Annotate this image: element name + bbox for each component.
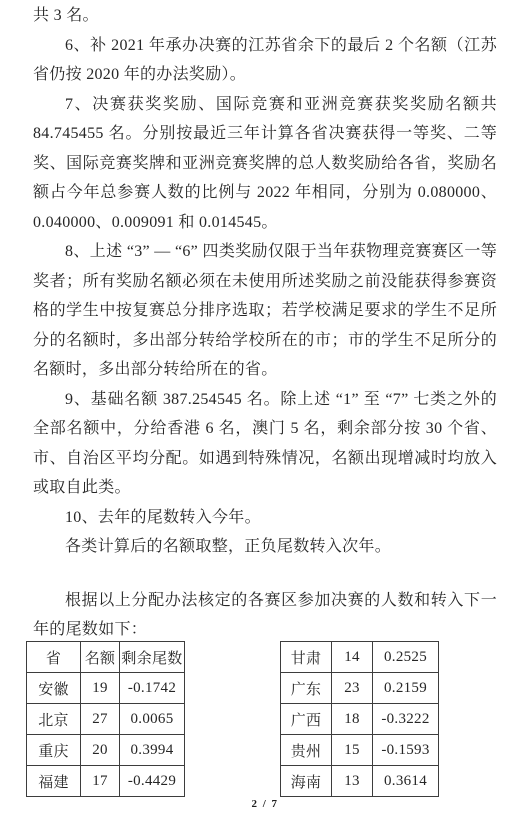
table-row: 重庆 20 0.3994: [27, 735, 185, 766]
table-cell-remainder: 0.2525: [373, 642, 439, 673]
paragraph-continuation: 共 3 名。: [33, 1, 497, 31]
table-cell-remainder: -0.4429: [120, 766, 185, 797]
paragraph-item-6: 6、补 2021 年承办决赛的江苏省余下的最后 2 个名额（江苏省仍按 2020…: [33, 31, 497, 90]
table-cell-province: 重庆: [27, 735, 81, 766]
table-cell-province: 广东: [281, 673, 332, 704]
table-header-row: 省 名额 剩余尾数: [27, 642, 185, 673]
paragraph-item-7: 7、决赛获奖奖励、国际竞赛和亚洲竞赛获奖奖励名额共 84.745455 名。分别…: [33, 90, 497, 238]
table-cell-remainder: 0.3614: [373, 766, 439, 797]
table-cell-province: 甘肃: [281, 642, 332, 673]
table-cell-province: 广西: [281, 704, 332, 735]
table-cell-remainder: 0.0065: [120, 704, 185, 735]
table-row: 福建 17 -0.4429: [27, 766, 185, 797]
province-quota-table-right: 甘肃 14 0.2525 广东 23 0.2159 广西 18 -0.3222 …: [280, 641, 439, 797]
table-cell-quota: 13: [332, 766, 373, 797]
document-body: 共 3 名。 6、补 2021 年承办决赛的江苏省余下的最后 2 个名额（江苏省…: [33, 1, 497, 645]
table-cell-quota: 27: [81, 704, 120, 735]
paragraph-item-8: 8、上述 “3” — “6” 四类奖励仅限于当年获物理竞赛赛区一等奖者；所有奖励…: [33, 237, 497, 385]
table-cell-remainder: -0.1742: [120, 673, 185, 704]
header-cell-province: 省: [27, 642, 81, 673]
table-row: 安徽 19 -0.1742: [27, 673, 185, 704]
table-row: 北京 27 0.0065: [27, 704, 185, 735]
table-cell-quota: 23: [332, 673, 373, 704]
table-cell-province: 福建: [27, 766, 81, 797]
table-cell-province: 安徽: [27, 673, 81, 704]
table-cell-quota: 14: [332, 642, 373, 673]
header-cell-remainder: 剩余尾数: [120, 642, 185, 673]
table-cell-quota: 20: [81, 735, 120, 766]
table-row: 广东 23 0.2159: [281, 673, 439, 704]
paragraph-rounding-note: 各类计算后的名额取整，正负尾数转入次年。: [33, 532, 497, 562]
table-cell-quota: 19: [81, 673, 120, 704]
table-row: 海南 13 0.3614: [281, 766, 439, 797]
table-cell-quota: 18: [332, 704, 373, 735]
table-cell-remainder: 0.3994: [120, 735, 185, 766]
table-row: 贵州 15 -0.1593: [281, 735, 439, 766]
table-cell-province: 贵州: [281, 735, 332, 766]
document-page: 共 3 名。 6、补 2021 年承办决赛的江苏省余下的最后 2 个名额（江苏省…: [0, 0, 530, 828]
table-cell-quota: 17: [81, 766, 120, 797]
table-cell-quota: 15: [332, 735, 373, 766]
province-quota-table-left: 省 名额 剩余尾数 安徽 19 -0.1742 北京 27 0.0065 重庆 …: [26, 641, 185, 797]
table-cell-remainder: 0.2159: [373, 673, 439, 704]
table-row: 广西 18 -0.3222: [281, 704, 439, 735]
table-cell-remainder: -0.1593: [373, 735, 439, 766]
header-cell-quota: 名额: [81, 642, 120, 673]
table-row: 甘肃 14 0.2525: [281, 642, 439, 673]
paragraph-item-10: 10、去年的尾数转入今年。: [33, 503, 497, 533]
table-cell-province: 海南: [281, 766, 332, 797]
table-cell-province: 北京: [27, 704, 81, 735]
page-number: 2 / 7: [0, 798, 530, 810]
paragraph-item-9: 9、基础名额 387.254545 名。除上述 “1” 至 “7” 七类之外的全…: [33, 385, 497, 503]
paragraph-tables-intro: 根据以上分配办法核定的各赛区参加决赛的人数和转入下一年的尾数如下：: [33, 586, 497, 645]
table-cell-remainder: -0.3222: [373, 704, 439, 735]
